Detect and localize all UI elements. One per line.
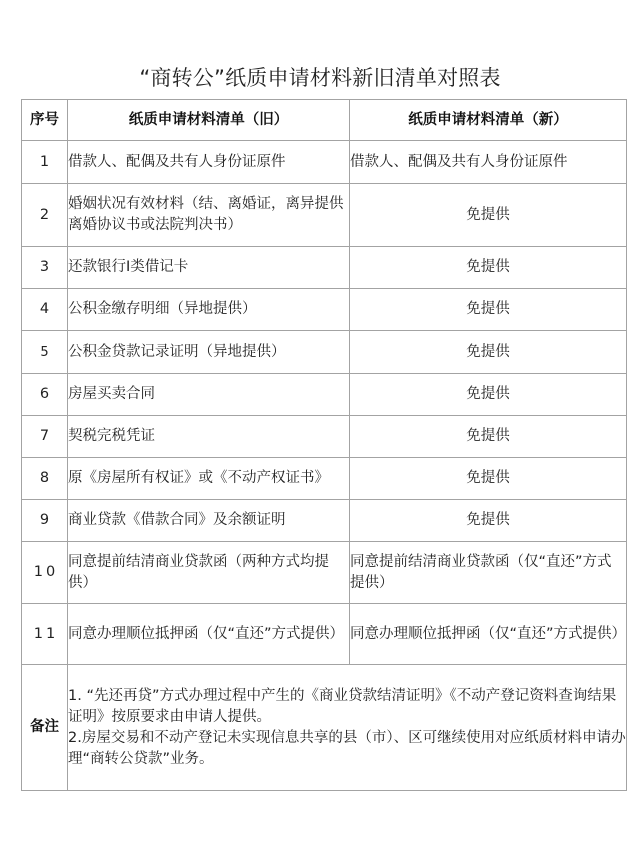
table-row: 8 原《房屋所有权证》或《不动产权证书》 免提供 (22, 458, 627, 500)
new-material: 免提供 (350, 416, 627, 458)
old-material: 还款银行Ⅰ类借记卡 (68, 247, 350, 289)
comparison-table: 序号 纸质申请材料清单（旧） 纸质申请材料清单（新） 1 借款人、配偶及共有人身… (21, 99, 627, 791)
row-number: 2 (22, 184, 68, 247)
row-number: 5 (22, 331, 68, 374)
table-row: 5 公积金贷款记录证明（异地提供） 免提供 (22, 331, 627, 374)
note-line-1: 1. “先还再贷”方式办理过程中产生的《商业贷款结清证明》《不动产登记资料查询结… (68, 686, 626, 728)
new-material: 同意提前结清商业贷款函（仅“直还”方式提供） (350, 542, 627, 604)
old-material: 同意提前结清商业贷款函（两种方式均提供） (68, 542, 350, 604)
note-line-2: 2.房屋交易和不动产登记未实现信息共享的县（市）、区可继续使用对应纸质材料申请办… (68, 728, 626, 770)
new-material: 同意办理顺位抵押函（仅“直还”方式提供） (350, 604, 627, 665)
table-row: 7 契税完税凭证 免提供 (22, 416, 627, 458)
table-row: 6 房屋买卖合同 免提供 (22, 374, 627, 416)
table-row: 2 婚姻状况有效材料（结、离婚证，离异提供离婚协议书或法院判决书） 免提供 (22, 184, 627, 247)
header-no: 序号 (22, 100, 68, 141)
notes-row: 备注 1. “先还再贷”方式办理过程中产生的《商业贷款结清证明》《不动产登记资料… (22, 665, 627, 791)
old-material: 借款人、配偶及共有人身份证原件 (68, 141, 350, 184)
header-new-list: 纸质申请材料清单（新） (350, 100, 627, 141)
old-material: 公积金缴存明细（异地提供） (68, 289, 350, 331)
row-number: 1 (22, 141, 68, 184)
table-row: 3 还款银行Ⅰ类借记卡 免提供 (22, 247, 627, 289)
old-material: 原《房屋所有权证》或《不动产权证书》 (68, 458, 350, 500)
table-row: 10 同意提前结清商业贷款函（两种方式均提供） 同意提前结清商业贷款函（仅“直还… (22, 542, 627, 604)
row-number: 9 (22, 500, 68, 542)
table-row: 11 同意办理顺位抵押函（仅“直还”方式提供） 同意办理顺位抵押函（仅“直还”方… (22, 604, 627, 665)
old-material: 房屋买卖合同 (68, 374, 350, 416)
row-number: 6 (22, 374, 68, 416)
table-row: 9 商业贷款《借款合同》及余额证明 免提供 (22, 500, 627, 542)
notes-body: 1. “先还再贷”方式办理过程中产生的《商业贷款结清证明》《不动产登记资料查询结… (68, 665, 627, 791)
old-material: 同意办理顺位抵押函（仅“直还”方式提供） (68, 604, 350, 665)
old-material: 商业贷款《借款合同》及余额证明 (68, 500, 350, 542)
row-number: 4 (22, 289, 68, 331)
old-material: 婚姻状况有效材料（结、离婚证，离异提供离婚协议书或法院判决书） (68, 184, 350, 247)
old-material: 公积金贷款记录证明（异地提供） (68, 331, 350, 374)
new-material: 免提供 (350, 331, 627, 374)
table-header-row: 序号 纸质申请材料清单（旧） 纸质申请材料清单（新） (22, 100, 627, 141)
old-material: 契税完税凭证 (68, 416, 350, 458)
new-material: 免提供 (350, 289, 627, 331)
table-row: 1 借款人、配偶及共有人身份证原件 借款人、配偶及共有人身份证原件 (22, 141, 627, 184)
table-row: 4 公积金缴存明细（异地提供） 免提供 (22, 289, 627, 331)
notes-label: 备注 (22, 665, 68, 791)
row-number: 10 (22, 542, 68, 604)
new-material: 免提供 (350, 458, 627, 500)
new-material: 免提供 (350, 500, 627, 542)
new-material: 免提供 (350, 184, 627, 247)
header-old-list: 纸质申请材料清单（旧） (68, 100, 350, 141)
new-material: 免提供 (350, 247, 627, 289)
page-title: “商转公”纸质申请材料新旧清单对照表 (0, 64, 640, 92)
row-number: 7 (22, 416, 68, 458)
new-material: 借款人、配偶及共有人身份证原件 (350, 141, 627, 184)
row-number: 8 (22, 458, 68, 500)
row-number: 11 (22, 604, 68, 665)
row-number: 3 (22, 247, 68, 289)
new-material: 免提供 (350, 374, 627, 416)
